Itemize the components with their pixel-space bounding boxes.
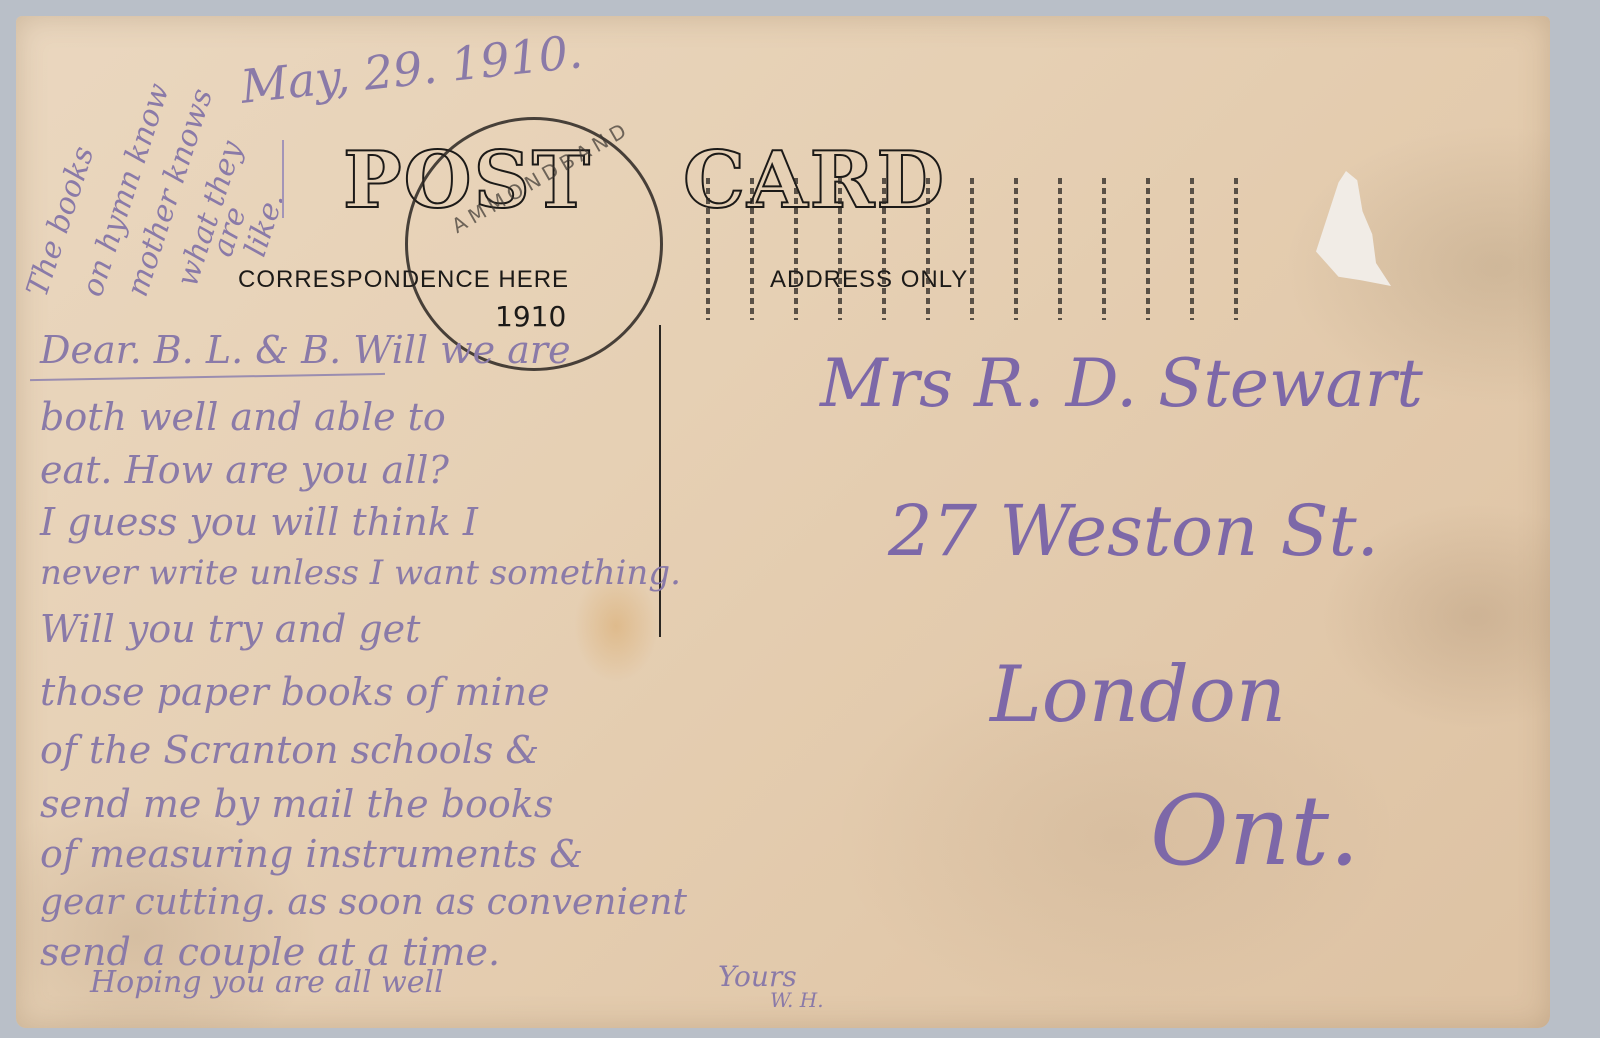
message-line: Will you try and get [40, 607, 420, 651]
message-line: gear cutting. as soon as convenient [40, 882, 687, 923]
message-line: I guess you will think I [40, 500, 478, 544]
message-line: Dear. B. L. & B. Will we are [40, 328, 571, 372]
address-name: Mrs R. D. Stewart [820, 345, 1423, 422]
cancellation-bars [706, 178, 1286, 320]
address-province: Ont. [1150, 775, 1360, 887]
stamp-residue [1316, 171, 1391, 286]
message-line: both well and able to [40, 395, 446, 439]
message-line: those paper books of mine [40, 670, 550, 714]
message-line: send me by mail the books [40, 782, 553, 826]
message-line: Hoping you are all well [90, 965, 444, 1000]
message-line: of the Scranton schools & [40, 728, 539, 772]
signature-initials: W. H. [770, 988, 824, 1012]
message-line: eat. How are you all? [40, 448, 449, 492]
message-line: of measuring instruments & [40, 832, 583, 876]
message-line: never write unless I want something. [40, 553, 681, 593]
address-city: London [990, 650, 1286, 740]
side-note-rule [282, 140, 284, 218]
address-street: 27 Weston St. [888, 490, 1379, 572]
